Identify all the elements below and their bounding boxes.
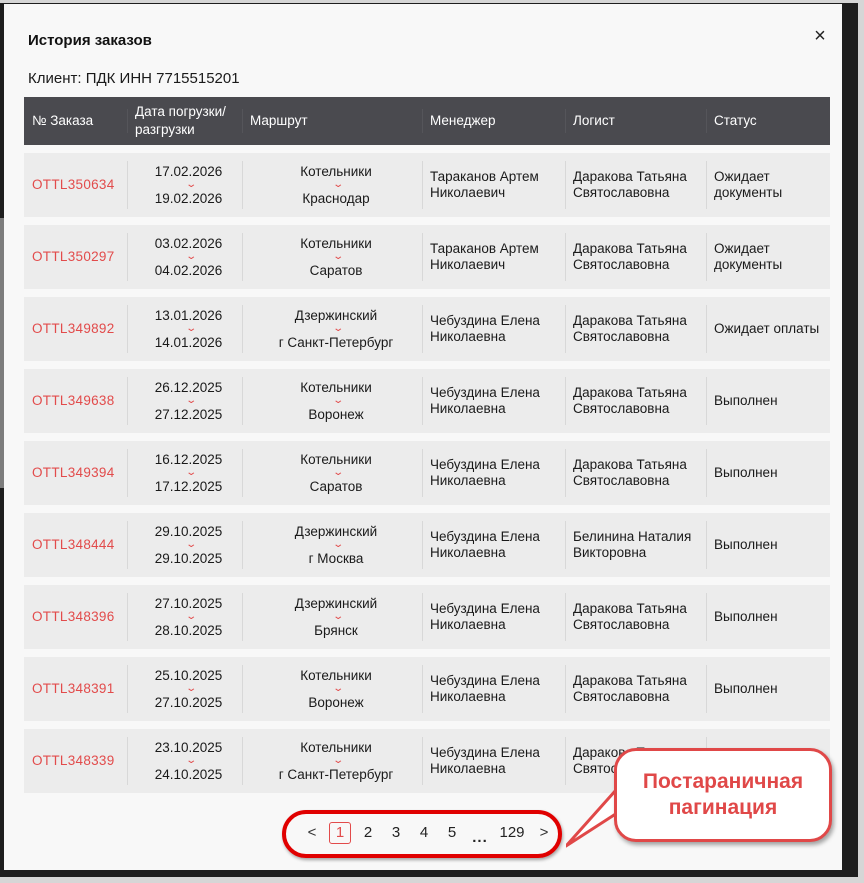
- order-link[interactable]: OTTL350634: [32, 177, 115, 193]
- unload-date: 14.01.2026: [155, 335, 223, 351]
- status-text: Выполнен: [714, 537, 778, 553]
- status-text: Выполнен: [714, 465, 778, 481]
- cell-dates: 23.10.2025 ⌄ 24.10.2025: [127, 729, 242, 793]
- route-to: Саратов: [310, 479, 363, 495]
- table-row[interactable]: OTTL348444 29.10.2025 ⌄ 29.10.2025 Дзерж…: [24, 513, 830, 577]
- manager-name: Тараканов Артем Николаевич: [430, 241, 539, 273]
- header-logist: Логист: [565, 97, 706, 145]
- chevron-down-icon: ⌄: [184, 756, 197, 767]
- route-from: Дзержинский: [295, 308, 377, 324]
- table-header: № Заказа Дата погрузки/ разгрузки Маршру…: [24, 97, 830, 145]
- status-text: Ожидает документы: [714, 169, 782, 201]
- cell-logist: Белинина Наталия Викторовна: [565, 513, 706, 577]
- manager-name: Чебуздина Елена Николаевна: [430, 673, 540, 705]
- cell-status: Ожидает документы: [706, 153, 830, 217]
- header-label: Менеджер: [430, 112, 496, 130]
- unload-date: 29.10.2025: [155, 551, 223, 567]
- route-to: г Санкт-Петербург: [279, 335, 394, 351]
- callout-text: Постараничная пагинация: [643, 769, 803, 821]
- cell-order: OTTL348396: [24, 585, 127, 649]
- cell-route: Котельники ⌄ Воронеж: [242, 657, 422, 721]
- unload-date: 28.10.2025: [155, 623, 223, 639]
- order-link[interactable]: OTTL349394: [32, 465, 115, 481]
- annotation-callout: Постараничная пагинация: [614, 748, 832, 842]
- cell-manager: Чебуздина Елена Николаевна: [422, 657, 565, 721]
- chevron-down-icon: ⌄: [184, 396, 197, 407]
- cell-order: OTTL350297: [24, 225, 127, 289]
- unload-date: 24.10.2025: [155, 767, 223, 783]
- prev-page-button[interactable]: <: [301, 822, 323, 844]
- cell-route: Котельники ⌄ г Санкт-Петербург: [242, 729, 422, 793]
- route-from: Дзержинский: [295, 596, 377, 612]
- chevron-down-icon: ⌄: [331, 252, 344, 263]
- chevron-down-icon: ⌄: [184, 684, 197, 695]
- header-dates: Дата погрузки/ разгрузки: [127, 97, 242, 145]
- load-date: 27.10.2025: [155, 596, 223, 612]
- header-label: Дата погрузки/ разгрузки: [135, 103, 226, 139]
- route-to: Брянск: [314, 623, 358, 639]
- table-body: OTTL350634 17.02.2026 ⌄ 19.02.2026 Котел…: [24, 153, 830, 793]
- cell-dates: 29.10.2025 ⌄ 29.10.2025: [127, 513, 242, 577]
- cell-status: Выполнен: [706, 369, 830, 433]
- load-date: 25.10.2025: [155, 668, 223, 684]
- cell-dates: 17.02.2026 ⌄ 19.02.2026: [127, 153, 242, 217]
- page-button-4[interactable]: 4: [413, 822, 435, 844]
- page-button-5[interactable]: 5: [441, 822, 463, 844]
- route-to: г Москва: [309, 551, 364, 567]
- chevron-down-icon: ⌄: [184, 252, 197, 263]
- cell-manager: Чебуздина Елена Николаевна: [422, 585, 565, 649]
- cell-manager: Тараканов Артем Николаевич: [422, 153, 565, 217]
- cell-order: OTTL350634: [24, 153, 127, 217]
- route-to: Краснодар: [302, 191, 369, 207]
- logist-name: Даракова Татьяна Святославовна: [573, 241, 687, 273]
- route-from: Дзержинский: [295, 524, 377, 540]
- cell-dates: 03.02.2026 ⌄ 04.02.2026: [127, 225, 242, 289]
- status-text: Выполнен: [714, 393, 778, 409]
- order-link[interactable]: OTTL348339: [32, 753, 115, 769]
- chevron-down-icon: ⌄: [184, 468, 197, 479]
- logist-name: Даракова Татьяна Святославовна: [573, 385, 687, 417]
- chevron-down-icon: ⌄: [184, 540, 197, 551]
- cell-order: OTTL348339: [24, 729, 127, 793]
- order-link[interactable]: OTTL348396: [32, 609, 115, 625]
- table-row[interactable]: OTTL348391 25.10.2025 ⌄ 27.10.2025 Котел…: [24, 657, 830, 721]
- cell-manager: Чебуздина Елена Николаевна: [422, 369, 565, 433]
- cell-logist: Даракова Татьяна Святославовна: [565, 153, 706, 217]
- cell-route: Дзержинский ⌄ г Москва: [242, 513, 422, 577]
- manager-name: Чебуздина Елена Николаевна: [430, 313, 540, 345]
- order-link[interactable]: OTTL350297: [32, 249, 115, 265]
- chevron-down-icon: ⌄: [331, 396, 344, 407]
- manager-name: Чебуздина Елена Николаевна: [430, 601, 540, 633]
- cell-order: OTTL348391: [24, 657, 127, 721]
- load-date: 16.12.2025: [155, 452, 223, 468]
- header-manager: Менеджер: [422, 97, 565, 145]
- cell-order: OTTL349892: [24, 297, 127, 361]
- orders-table: № Заказа Дата погрузки/ разгрузки Маршру…: [24, 97, 830, 793]
- cell-status: Выполнен: [706, 585, 830, 649]
- load-date: 23.10.2025: [155, 740, 223, 756]
- load-date: 13.01.2026: [155, 308, 223, 324]
- route-from: Котельники: [300, 668, 372, 684]
- cell-logist: Даракова Татьяна Святославовна: [565, 441, 706, 505]
- header-route: Маршрут: [242, 97, 422, 145]
- cell-dates: 26.12.2025 ⌄ 27.12.2025: [127, 369, 242, 433]
- table-row[interactable]: OTTL350297 03.02.2026 ⌄ 04.02.2026 Котел…: [24, 225, 830, 289]
- route-from: Котельники: [300, 452, 372, 468]
- manager-name: Чебуздина Елена Николаевна: [430, 529, 540, 561]
- pagination-ellipsis: ...: [469, 827, 491, 849]
- route-from: Котельники: [300, 164, 372, 180]
- chevron-down-icon: ⌄: [184, 180, 197, 191]
- page-button-last[interactable]: 129: [497, 822, 527, 844]
- header-label: Логист: [573, 112, 615, 130]
- chevron-down-icon: ⌄: [331, 612, 344, 623]
- cell-logist: Даракова Татьяна Святославовна: [565, 585, 706, 649]
- manager-name: Чебуздина Елена Николаевна: [430, 745, 540, 777]
- status-text: Ожидает документы: [714, 241, 782, 273]
- header-order-number: № Заказа: [24, 97, 127, 145]
- chevron-down-icon: ⌄: [331, 180, 344, 191]
- load-date: 29.10.2025: [155, 524, 223, 540]
- cell-dates: 16.12.2025 ⌄ 17.12.2025: [127, 441, 242, 505]
- cell-dates: 27.10.2025 ⌄ 28.10.2025: [127, 585, 242, 649]
- chevron-down-icon: ⌄: [331, 324, 344, 335]
- load-date: 03.02.2026: [155, 236, 223, 252]
- pagination: < 1 2 3 4 5 ... 129 >: [298, 818, 558, 848]
- table-row[interactable]: OTTL349892 13.01.2026 ⌄ 14.01.2026 Дзерж…: [24, 297, 830, 361]
- route-to: Воронеж: [308, 407, 363, 423]
- cell-logist: Даракова Татьяна Святославовна: [565, 369, 706, 433]
- unload-date: 27.12.2025: [155, 407, 223, 423]
- route-from: Котельники: [300, 236, 372, 252]
- cell-route: Котельники ⌄ Краснодар: [242, 153, 422, 217]
- cell-status: Ожидает оплаты: [706, 297, 830, 361]
- cell-status: Выполнен: [706, 441, 830, 505]
- cell-manager: Чебуздина Елена Николаевна: [422, 441, 565, 505]
- client-info: Клиент: ПДК ИНН 7715515201: [28, 70, 240, 87]
- status-text: Выполнен: [714, 681, 778, 697]
- cell-dates: 13.01.2026 ⌄ 14.01.2026: [127, 297, 242, 361]
- manager-name: Чебуздина Елена Николаевна: [430, 385, 540, 417]
- table-row[interactable]: OTTL349638 26.12.2025 ⌄ 27.12.2025 Котел…: [24, 369, 830, 433]
- route-from: Котельники: [300, 740, 372, 756]
- logist-name: Даракова Татьяна Святославовна: [573, 313, 687, 345]
- cell-route: Котельники ⌄ Саратов: [242, 225, 422, 289]
- chevron-down-icon: ⌄: [331, 468, 344, 479]
- modal-title: История заказов: [28, 32, 152, 49]
- chevron-down-icon: ⌄: [331, 684, 344, 695]
- logist-name: Белинина Наталия Викторовна: [573, 529, 691, 561]
- cell-order: OTTL349394: [24, 441, 127, 505]
- order-link[interactable]: OTTL349892: [32, 321, 115, 337]
- chevron-down-icon: ⌄: [184, 612, 197, 623]
- cell-status: Выполнен: [706, 657, 830, 721]
- cell-route: Дзержинский ⌄ г Санкт-Петербург: [242, 297, 422, 361]
- unload-date: 17.12.2025: [155, 479, 223, 495]
- unload-date: 04.02.2026: [155, 263, 223, 279]
- cell-status: Выполнен: [706, 513, 830, 577]
- order-link[interactable]: OTTL348391: [32, 681, 115, 697]
- order-link[interactable]: OTTL349638: [32, 393, 115, 409]
- cell-logist: Даракова Татьяна Святославовна: [565, 657, 706, 721]
- load-date: 26.12.2025: [155, 380, 223, 396]
- route-to: Саратов: [310, 263, 363, 279]
- page-button-1[interactable]: 1: [329, 822, 351, 844]
- cell-status: Ожидает документы: [706, 225, 830, 289]
- cell-route: Котельники ⌄ Воронеж: [242, 369, 422, 433]
- logist-name: Даракова Татьяна Святославовна: [573, 169, 687, 201]
- header-label: № Заказа: [32, 112, 93, 130]
- cell-logist: Даракова Татьяна Святославовна: [565, 297, 706, 361]
- cell-order: OTTL348444: [24, 513, 127, 577]
- status-text: Ожидает оплаты: [714, 321, 819, 337]
- logist-name: Даракова Татьяна Святославовна: [573, 601, 687, 633]
- next-page-button[interactable]: >: [533, 822, 555, 844]
- order-link[interactable]: OTTL348444: [32, 537, 115, 553]
- cell-manager: Чебуздина Елена Николаевна: [422, 297, 565, 361]
- manager-name: Тараканов Артем Николаевич: [430, 169, 539, 201]
- logist-name: Даракова Татьяна Святославовна: [573, 673, 687, 705]
- page-button-3[interactable]: 3: [385, 822, 407, 844]
- close-icon[interactable]: ×: [808, 24, 832, 48]
- cell-logist: Даракова Татьяна Святославовна: [565, 225, 706, 289]
- cell-order: OTTL349638: [24, 369, 127, 433]
- header-label: Маршрут: [250, 112, 308, 130]
- header-label: Статус: [714, 112, 757, 130]
- cell-manager: Тараканов Артем Николаевич: [422, 225, 565, 289]
- chevron-down-icon: ⌄: [331, 756, 344, 767]
- chevron-down-icon: ⌄: [331, 540, 344, 551]
- cell-manager: Чебуздина Елена Николаевна: [422, 513, 565, 577]
- table-row[interactable]: OTTL348396 27.10.2025 ⌄ 28.10.2025 Дзерж…: [24, 585, 830, 649]
- header-status: Статус: [706, 97, 830, 145]
- table-row[interactable]: OTTL350634 17.02.2026 ⌄ 19.02.2026 Котел…: [24, 153, 830, 217]
- unload-date: 27.10.2025: [155, 695, 223, 711]
- load-date: 17.02.2026: [155, 164, 223, 180]
- route-to: Воронеж: [308, 695, 363, 711]
- cell-dates: 25.10.2025 ⌄ 27.10.2025: [127, 657, 242, 721]
- route-from: Котельники: [300, 380, 372, 396]
- manager-name: Чебуздина Елена Николаевна: [430, 457, 540, 489]
- cell-route: Дзержинский ⌄ Брянск: [242, 585, 422, 649]
- table-row[interactable]: OTTL349394 16.12.2025 ⌄ 17.12.2025 Котел…: [24, 441, 830, 505]
- cell-route: Котельники ⌄ Саратов: [242, 441, 422, 505]
- cell-manager: Чебуздина Елена Николаевна: [422, 729, 565, 793]
- chevron-down-icon: ⌄: [184, 324, 197, 335]
- logist-name: Даракова Татьяна Святославовна: [573, 457, 687, 489]
- unload-date: 19.02.2026: [155, 191, 223, 207]
- status-text: Выполнен: [714, 609, 778, 625]
- page-button-2[interactable]: 2: [357, 822, 379, 844]
- route-to: г Санкт-Петербург: [279, 767, 394, 783]
